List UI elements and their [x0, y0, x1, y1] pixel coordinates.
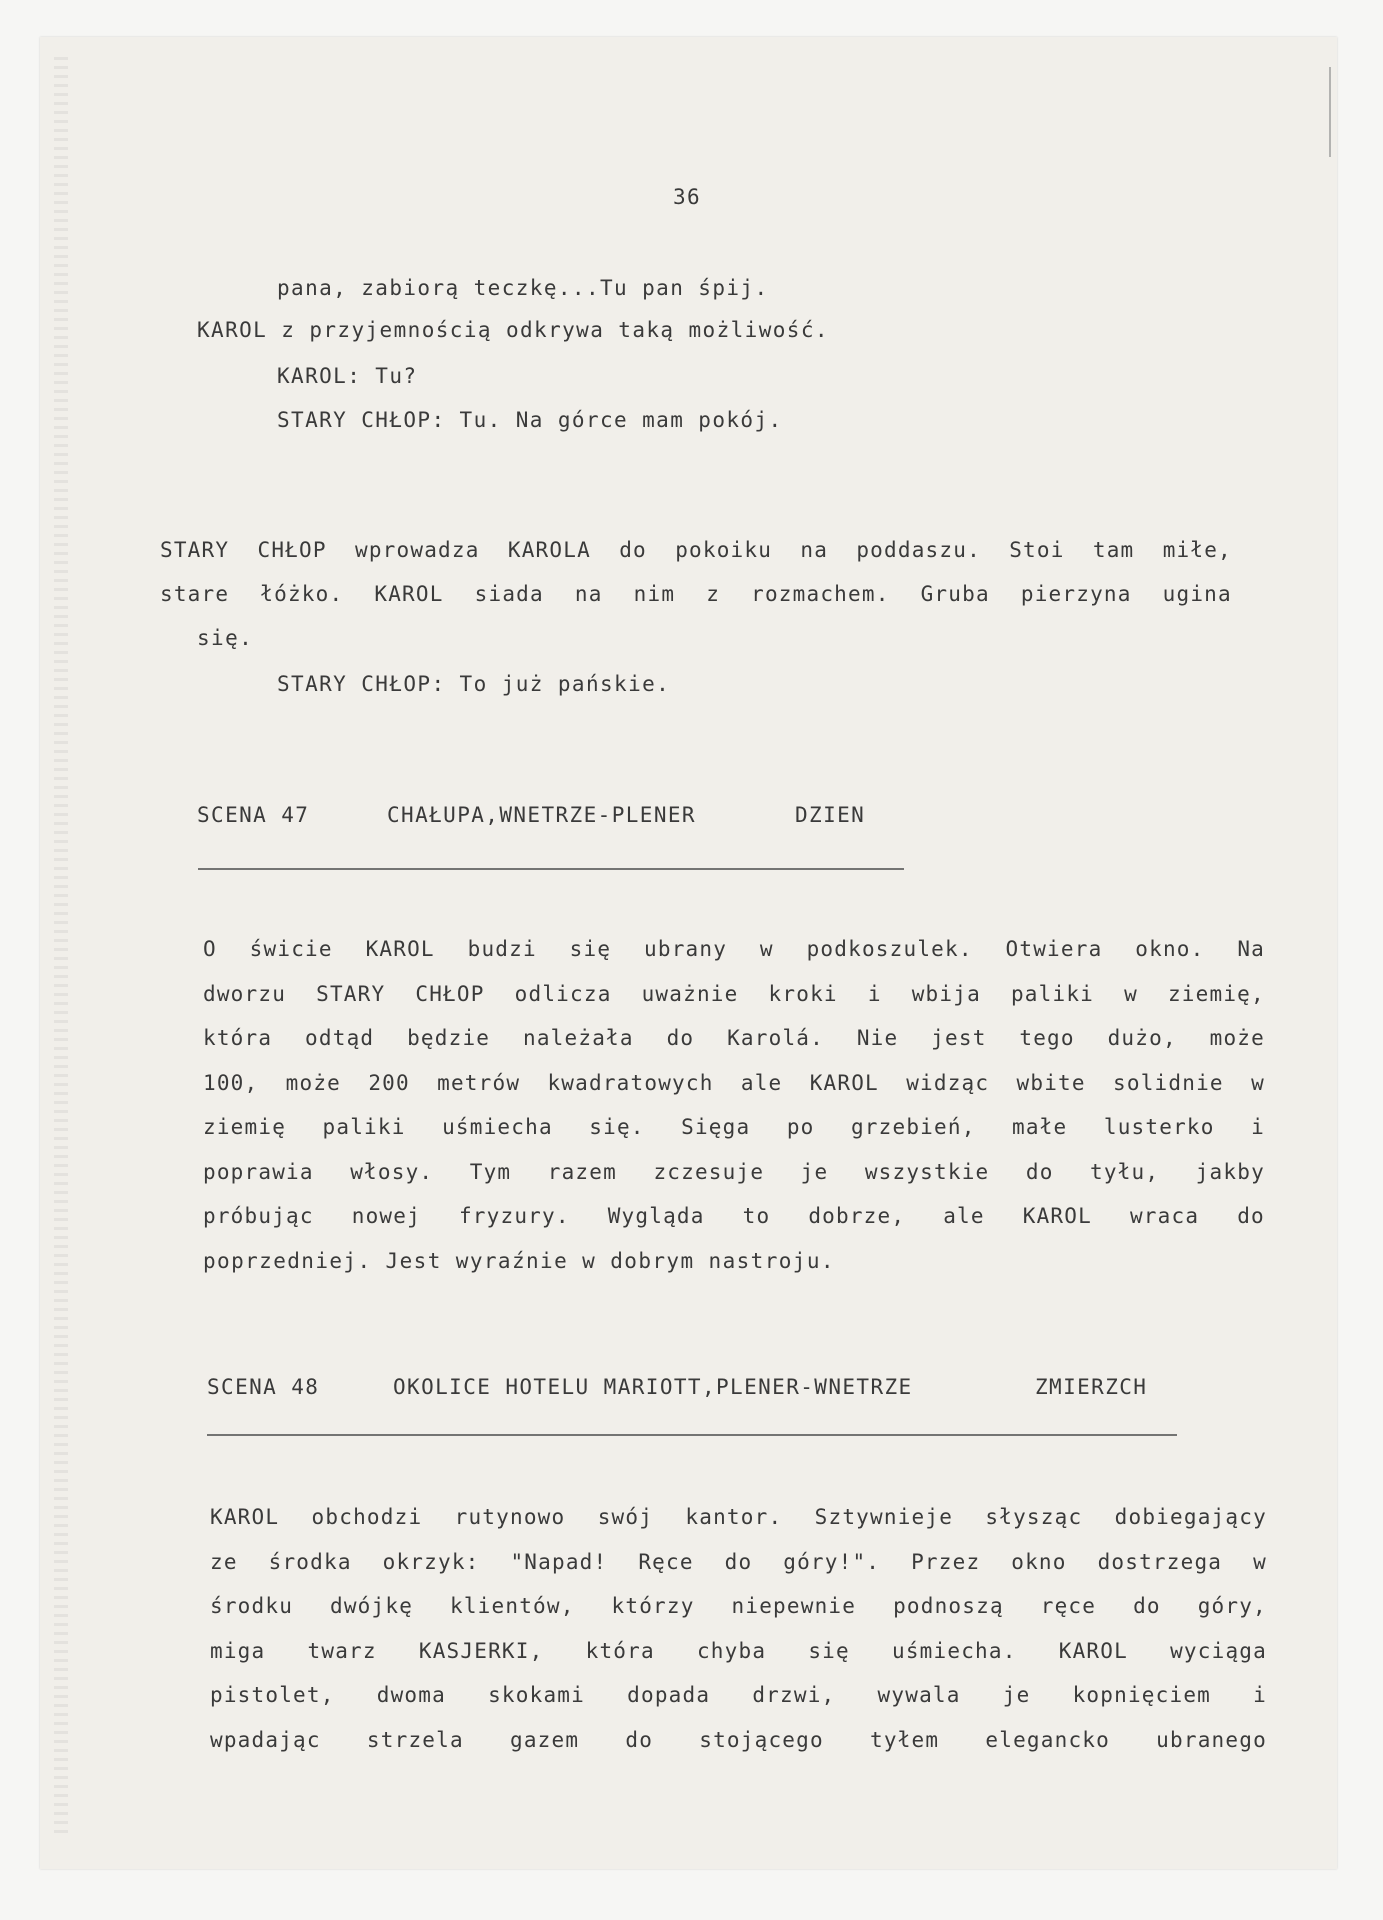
scene-time: ZMIERZCH: [1035, 1375, 1147, 1399]
word: Ręce: [638, 1550, 693, 1574]
word: nowej: [352, 1204, 421, 1228]
word: pistolet,: [210, 1683, 335, 1707]
word: tam: [1093, 538, 1135, 562]
word: KAROL: [810, 1071, 879, 1095]
word: którzy: [612, 1594, 695, 1618]
word: i: [1253, 1683, 1267, 1707]
word: ale: [943, 1204, 985, 1228]
word: rutynowo: [455, 1505, 566, 1529]
word: widząc: [906, 1071, 989, 1095]
word: podnoszą: [893, 1594, 1004, 1618]
word: będzie: [407, 1026, 490, 1050]
word: nim: [634, 582, 676, 606]
paragraph-line: OświcieKAROLbudzisięubranywpodkoszulek.O…: [203, 937, 1265, 961]
word: ze: [210, 1550, 238, 1574]
word: jest: [931, 1026, 986, 1050]
paragraph-text: poprzedniej. Jest wyraźnie w dobrym nast…: [203, 1249, 835, 1273]
scene-number: SCENA 47: [197, 803, 309, 827]
word: skokami: [488, 1683, 585, 1707]
word: kantor.: [685, 1505, 782, 1529]
word: w: [1124, 982, 1138, 1006]
page-number: 36: [673, 185, 701, 209]
paragraph-line: ziemiępalikiuśmiechasię.Sięgapogrzebień,…: [203, 1115, 1265, 1139]
word: tyłem: [870, 1728, 939, 1752]
word: środka: [269, 1550, 352, 1574]
word: kwadratowych: [547, 1071, 713, 1095]
word: do: [625, 1728, 653, 1752]
word: w: [1253, 1550, 1267, 1574]
word: niepewnie: [732, 1594, 857, 1618]
word: strzela: [367, 1728, 464, 1752]
word: KAROL: [374, 582, 443, 606]
paragraph-line: wpadającstrzelagazemdostojącegotyłemeleg…: [210, 1728, 1267, 1752]
word: kroki: [769, 982, 838, 1006]
word: po: [787, 1115, 815, 1139]
word: ubrany: [644, 937, 727, 961]
word: z: [706, 582, 720, 606]
word: należała: [523, 1026, 634, 1050]
word: drzwi,: [752, 1683, 835, 1707]
word: do: [1133, 1594, 1161, 1618]
paragraph-line: poprawiawłosy.Tymrazemzczesujejewszystki…: [203, 1160, 1265, 1184]
word: KAROL: [366, 937, 435, 961]
word: chyba: [697, 1639, 766, 1663]
word: się: [570, 937, 612, 961]
word: ziemię: [203, 1115, 286, 1139]
word: wraca: [1130, 1204, 1199, 1228]
word: na: [800, 538, 828, 562]
word: dwoma: [377, 1683, 446, 1707]
word: dworzu: [203, 982, 286, 1006]
word: kopnięciem: [1073, 1683, 1211, 1707]
word: się: [808, 1639, 850, 1663]
dialogue-continuation: pana, zabiorą teczkę...Tu pan śpij.: [277, 276, 769, 300]
paragraph-line: migatwarzKASJERKI,którachybasięuśmiecha.…: [210, 1639, 1267, 1663]
word: ale: [741, 1071, 783, 1095]
word: STARY: [316, 982, 385, 1006]
word: Sztywnieje: [815, 1505, 953, 1529]
word: paliki: [1011, 982, 1094, 1006]
word: wywala: [878, 1683, 961, 1707]
paragraph-line: pistolet,dwomaskokamidopadadrzwi,wywalaj…: [210, 1683, 1267, 1707]
word: elegancko: [985, 1728, 1110, 1752]
word: fryzury.: [459, 1204, 570, 1228]
word: góry,: [1198, 1594, 1267, 1618]
word: wyciąga: [1170, 1639, 1267, 1663]
word: dobrze,: [808, 1204, 905, 1228]
paragraph-line: środkudwójkęklientów,którzyniepewniepodn…: [210, 1594, 1267, 1618]
word: ubranego: [1156, 1728, 1267, 1752]
word: wbija: [912, 982, 981, 1006]
word: KAROL: [1059, 1639, 1128, 1663]
word: uśmiecha: [442, 1115, 553, 1139]
word: do: [1237, 1204, 1265, 1228]
word: 100,: [203, 1071, 258, 1095]
word: w: [1251, 1071, 1265, 1095]
word: łóżko.: [260, 582, 343, 606]
word: odlicza: [515, 982, 612, 1006]
word: stare: [160, 582, 229, 606]
word: okno: [1011, 1550, 1066, 1574]
word: wpadając: [210, 1728, 321, 1752]
word: budzi: [468, 937, 537, 961]
dialogue-line: KAROL: Tu?: [277, 364, 417, 388]
word: góry!".: [783, 1550, 880, 1574]
word: w: [760, 937, 774, 961]
word: na: [575, 582, 603, 606]
word: dopada: [627, 1683, 710, 1707]
word: która: [586, 1639, 655, 1663]
word: próbując: [203, 1204, 314, 1228]
word: do: [619, 538, 647, 562]
paragraph-line: dworzuSTARYCHŁOPodliczauważniekrokiiwbij…: [203, 982, 1265, 1006]
action-paragraph-line: starełóżko.KAROLsiadananimzrozmachem.Gru…: [160, 582, 1232, 606]
word: tyłu,: [1090, 1160, 1159, 1184]
heading-underline: [207, 1434, 1177, 1436]
word: świcie: [250, 937, 333, 961]
word: "Napad!: [510, 1550, 607, 1574]
word: stojącego: [699, 1728, 824, 1752]
word: pierzyna: [1021, 582, 1132, 606]
word: O: [203, 937, 217, 961]
word: Sięga: [681, 1115, 750, 1139]
word: lusterko: [1104, 1115, 1215, 1139]
paragraph-line: KAROLobchodzirutynowoswójkantor.Sztywnie…: [210, 1505, 1267, 1529]
word: miga: [210, 1639, 265, 1663]
word: gazem: [510, 1728, 579, 1752]
word: słysząc: [985, 1505, 1082, 1529]
paragraph-line: ześrodkaokrzyk:"Napad!Ręcedogóry!".Przez…: [210, 1550, 1267, 1574]
word: twarz: [308, 1639, 377, 1663]
word: może: [1210, 1026, 1265, 1050]
word: CHŁOP: [258, 538, 327, 562]
word: Gruba: [921, 582, 990, 606]
word: miłe,: [1163, 538, 1232, 562]
word: ziemię,: [1168, 982, 1265, 1006]
word: solidnie: [1113, 1071, 1224, 1095]
word: zczesuje: [653, 1160, 764, 1184]
heading-underline: [198, 868, 904, 870]
word: rozmachem.: [751, 582, 889, 606]
word: środku: [210, 1594, 293, 1618]
paragraph-line: 100,może200metrówkwadratowychaleKAROLwid…: [203, 1071, 1265, 1095]
word: dostrzega: [1098, 1550, 1223, 1574]
word: włosy.: [350, 1160, 433, 1184]
word: Tym: [470, 1160, 512, 1184]
word: poddaszu.: [856, 538, 981, 562]
action-paragraph-line: się.: [197, 626, 253, 650]
paragraph-line: próbującnowejfryzury.Wyglądatodobrze,ale…: [203, 1204, 1265, 1228]
scene-number: SCENA 48: [207, 1375, 319, 1399]
word: jakby: [1196, 1160, 1265, 1184]
word: do: [1026, 1160, 1054, 1184]
word: paliki: [323, 1115, 406, 1139]
word: klientów,: [450, 1594, 575, 1618]
word: się.: [589, 1115, 644, 1139]
word: dobiegający: [1115, 1505, 1267, 1529]
word: to: [743, 1204, 771, 1228]
dialogue-line: STARY CHŁOP: To już pańskie.: [277, 672, 670, 696]
word: KAROL: [1023, 1204, 1092, 1228]
word: ręce: [1041, 1594, 1096, 1618]
word: metrów: [437, 1071, 520, 1095]
word: je: [1003, 1683, 1031, 1707]
word: Karolá.: [727, 1026, 824, 1050]
word: KASJERKI,: [419, 1639, 544, 1663]
word: Przez: [911, 1550, 980, 1574]
word: uśmiecha.: [892, 1639, 1017, 1663]
word: i: [1251, 1115, 1265, 1139]
dialogue-line: STARY CHŁOP: Tu. Na górce mam pokój.: [277, 408, 783, 432]
word: poprawia: [203, 1160, 314, 1184]
word: do: [725, 1550, 753, 1574]
word: tego: [1019, 1026, 1074, 1050]
word: Otwiera: [1006, 937, 1103, 961]
paragraph-line: któraodtądbędzienależaładoKarolá.Niejest…: [203, 1026, 1265, 1050]
word: uważnie: [642, 982, 739, 1006]
word: grzebień,: [851, 1115, 976, 1139]
word: CHŁOP: [415, 982, 484, 1006]
word: swój: [598, 1505, 653, 1529]
word: wbite: [1017, 1071, 1086, 1095]
word: KAROLA: [508, 538, 591, 562]
word: do: [667, 1026, 695, 1050]
action-line: KAROL z przyjemnością odkrywa taką możli…: [197, 318, 829, 342]
word: obchodzi: [312, 1505, 423, 1529]
scene-location: CHAŁUPA,WNETRZE-PLENER: [387, 803, 696, 827]
word: wprowadza: [355, 538, 480, 562]
word: podkoszulek.: [807, 937, 973, 961]
paragraph-line: poprzedniej. Jest wyraźnie w dobrym nast…: [203, 1249, 835, 1273]
word: Na: [1237, 937, 1265, 961]
word: Stoi: [1009, 538, 1064, 562]
word: dużo,: [1108, 1026, 1177, 1050]
scene-time: DZIEN: [795, 803, 865, 827]
word: okno.: [1135, 937, 1204, 961]
word: małe: [1012, 1115, 1067, 1139]
word: STARY: [160, 538, 229, 562]
word: Wygląda: [608, 1204, 705, 1228]
word: razem: [548, 1160, 617, 1184]
word: która: [203, 1026, 272, 1050]
word: ugina: [1163, 582, 1232, 606]
word: odtąd: [305, 1026, 374, 1050]
action-paragraph-line: STARYCHŁOPwprowadzaKAROLAdopokoikunapodd…: [160, 538, 1232, 562]
word: i: [868, 982, 882, 1006]
word: wszystkie: [865, 1160, 990, 1184]
word: je: [801, 1160, 829, 1184]
word: może: [286, 1071, 341, 1095]
word: okrzyk:: [383, 1550, 480, 1574]
word: Nie: [857, 1026, 899, 1050]
word: dwójkę: [330, 1594, 413, 1618]
word: 200: [368, 1071, 410, 1095]
word: pokoiku: [675, 538, 772, 562]
scene-location: OKOLICE HOTELU MARIOTT,PLENER-WNETRZE: [393, 1375, 913, 1399]
word: KAROL: [210, 1505, 279, 1529]
word: siada: [475, 582, 544, 606]
